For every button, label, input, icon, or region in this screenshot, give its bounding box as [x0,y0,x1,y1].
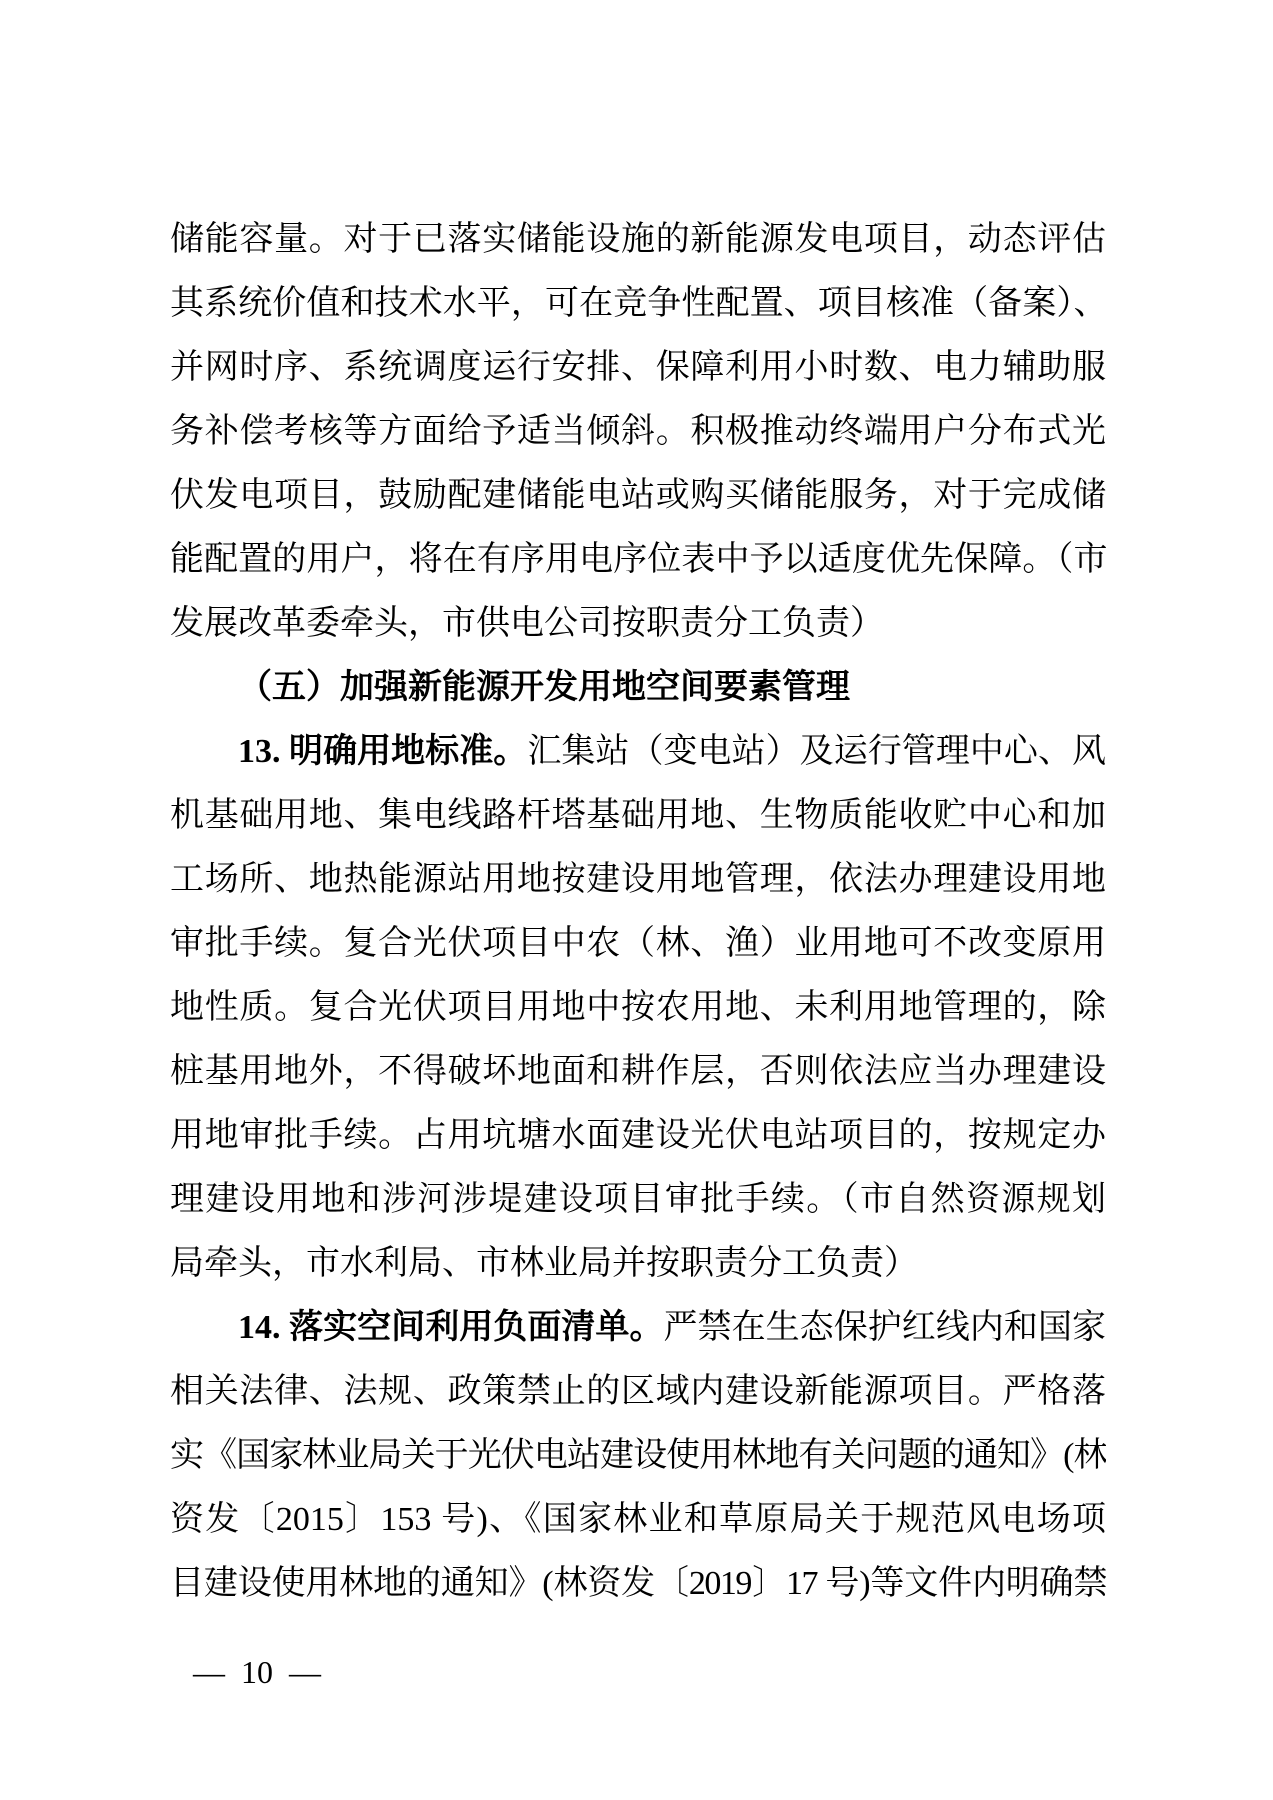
body-line: 局牵头，市水利局、市林业局并按职责分工负责） [170,1232,1106,1296]
body-line: 理建设用地和涉河涉堤建设项目审批手续。（市自然资源规划 [170,1168,1106,1232]
body-line: 审批手续。复合光伏项目中农（林、渔）业用地可不改变原用 [170,912,1106,976]
body-line: 桩基用地外，不得破坏地面和耕作层，否则依法应当办理建设 [170,1040,1106,1104]
section-heading-5: （五）加强新能源开发用地空间要素管理 [170,656,1106,720]
item-14-lead-text: 严禁在生态保护红线内和国家 [664,1309,1107,1346]
body-line: 工场所、地热能源站用地按建设用地管理，依法办理建设用地 [170,848,1106,912]
body-line: 机基础用地、集电线路杆塔基础用地、生物质能收贮中心和加 [170,784,1106,848]
item-14-heading: 14. 落实空间利用负面清单。 [238,1309,664,1346]
body-line: 资发〔2015〕153 号)、《国家林业和草原局关于规范风电场项 [170,1488,1106,1552]
body-line: 地性质。复合光伏项目用地中按农用地、未利用地管理的，除 [170,976,1106,1040]
document-body: 储能容量。对于已落实储能设施的新能源发电项目，动态评估 其系统价值和技术水平，可… [170,208,1106,1616]
page-number: — 10 — [193,1646,321,1698]
body-line: 目建设使用林地的通知》(林资发〔2019〕17 号)等文件内明确禁 [170,1552,1106,1616]
body-line: 其系统价值和技术水平，可在竞争性配置、项目核准（备案）、 [170,272,1106,336]
body-line: 能配置的用户，将在有序用电序位表中予以适度优先保障。（市 [170,528,1106,592]
body-line: 14. 落实空间利用负面清单。严禁在生态保护红线内和国家 [170,1296,1106,1360]
body-line: 发展改革委牵头，市供电公司按职责分工负责） [170,592,1106,656]
item-13-heading: 13. 明确用地标准。 [238,733,527,770]
body-line: 储能容量。对于已落实储能设施的新能源发电项目，动态评估 [170,208,1106,272]
body-line: 13. 明确用地标准。汇集站（变电站）及运行管理中心、风 [170,720,1106,784]
body-line: 务补偿考核等方面给予适当倾斜。积极推动终端用户分布式光 [170,400,1106,464]
item-13-lead-text: 汇集站（变电站）及运行管理中心、风 [527,733,1106,770]
body-line: 伏发电项目，鼓励配建储能电站或购买储能服务，对于完成储 [170,464,1106,528]
body-line: 实《国家林业局关于光伏电站建设使用林地有关问题的通知》(林 [170,1424,1106,1488]
body-line: 并网时序、系统调度运行安排、保障利用小时数、电力辅助服 [170,336,1106,400]
body-line: 相关法律、法规、政策禁止的区域内建设新能源项目。严格落 [170,1360,1106,1424]
document-page: 储能容量。对于已落实储能设施的新能源发电项目，动态评估 其系统价值和技术水平，可… [0,0,1273,1800]
body-line: 用地审批手续。占用坑塘水面建设光伏电站项目的，按规定办 [170,1104,1106,1168]
